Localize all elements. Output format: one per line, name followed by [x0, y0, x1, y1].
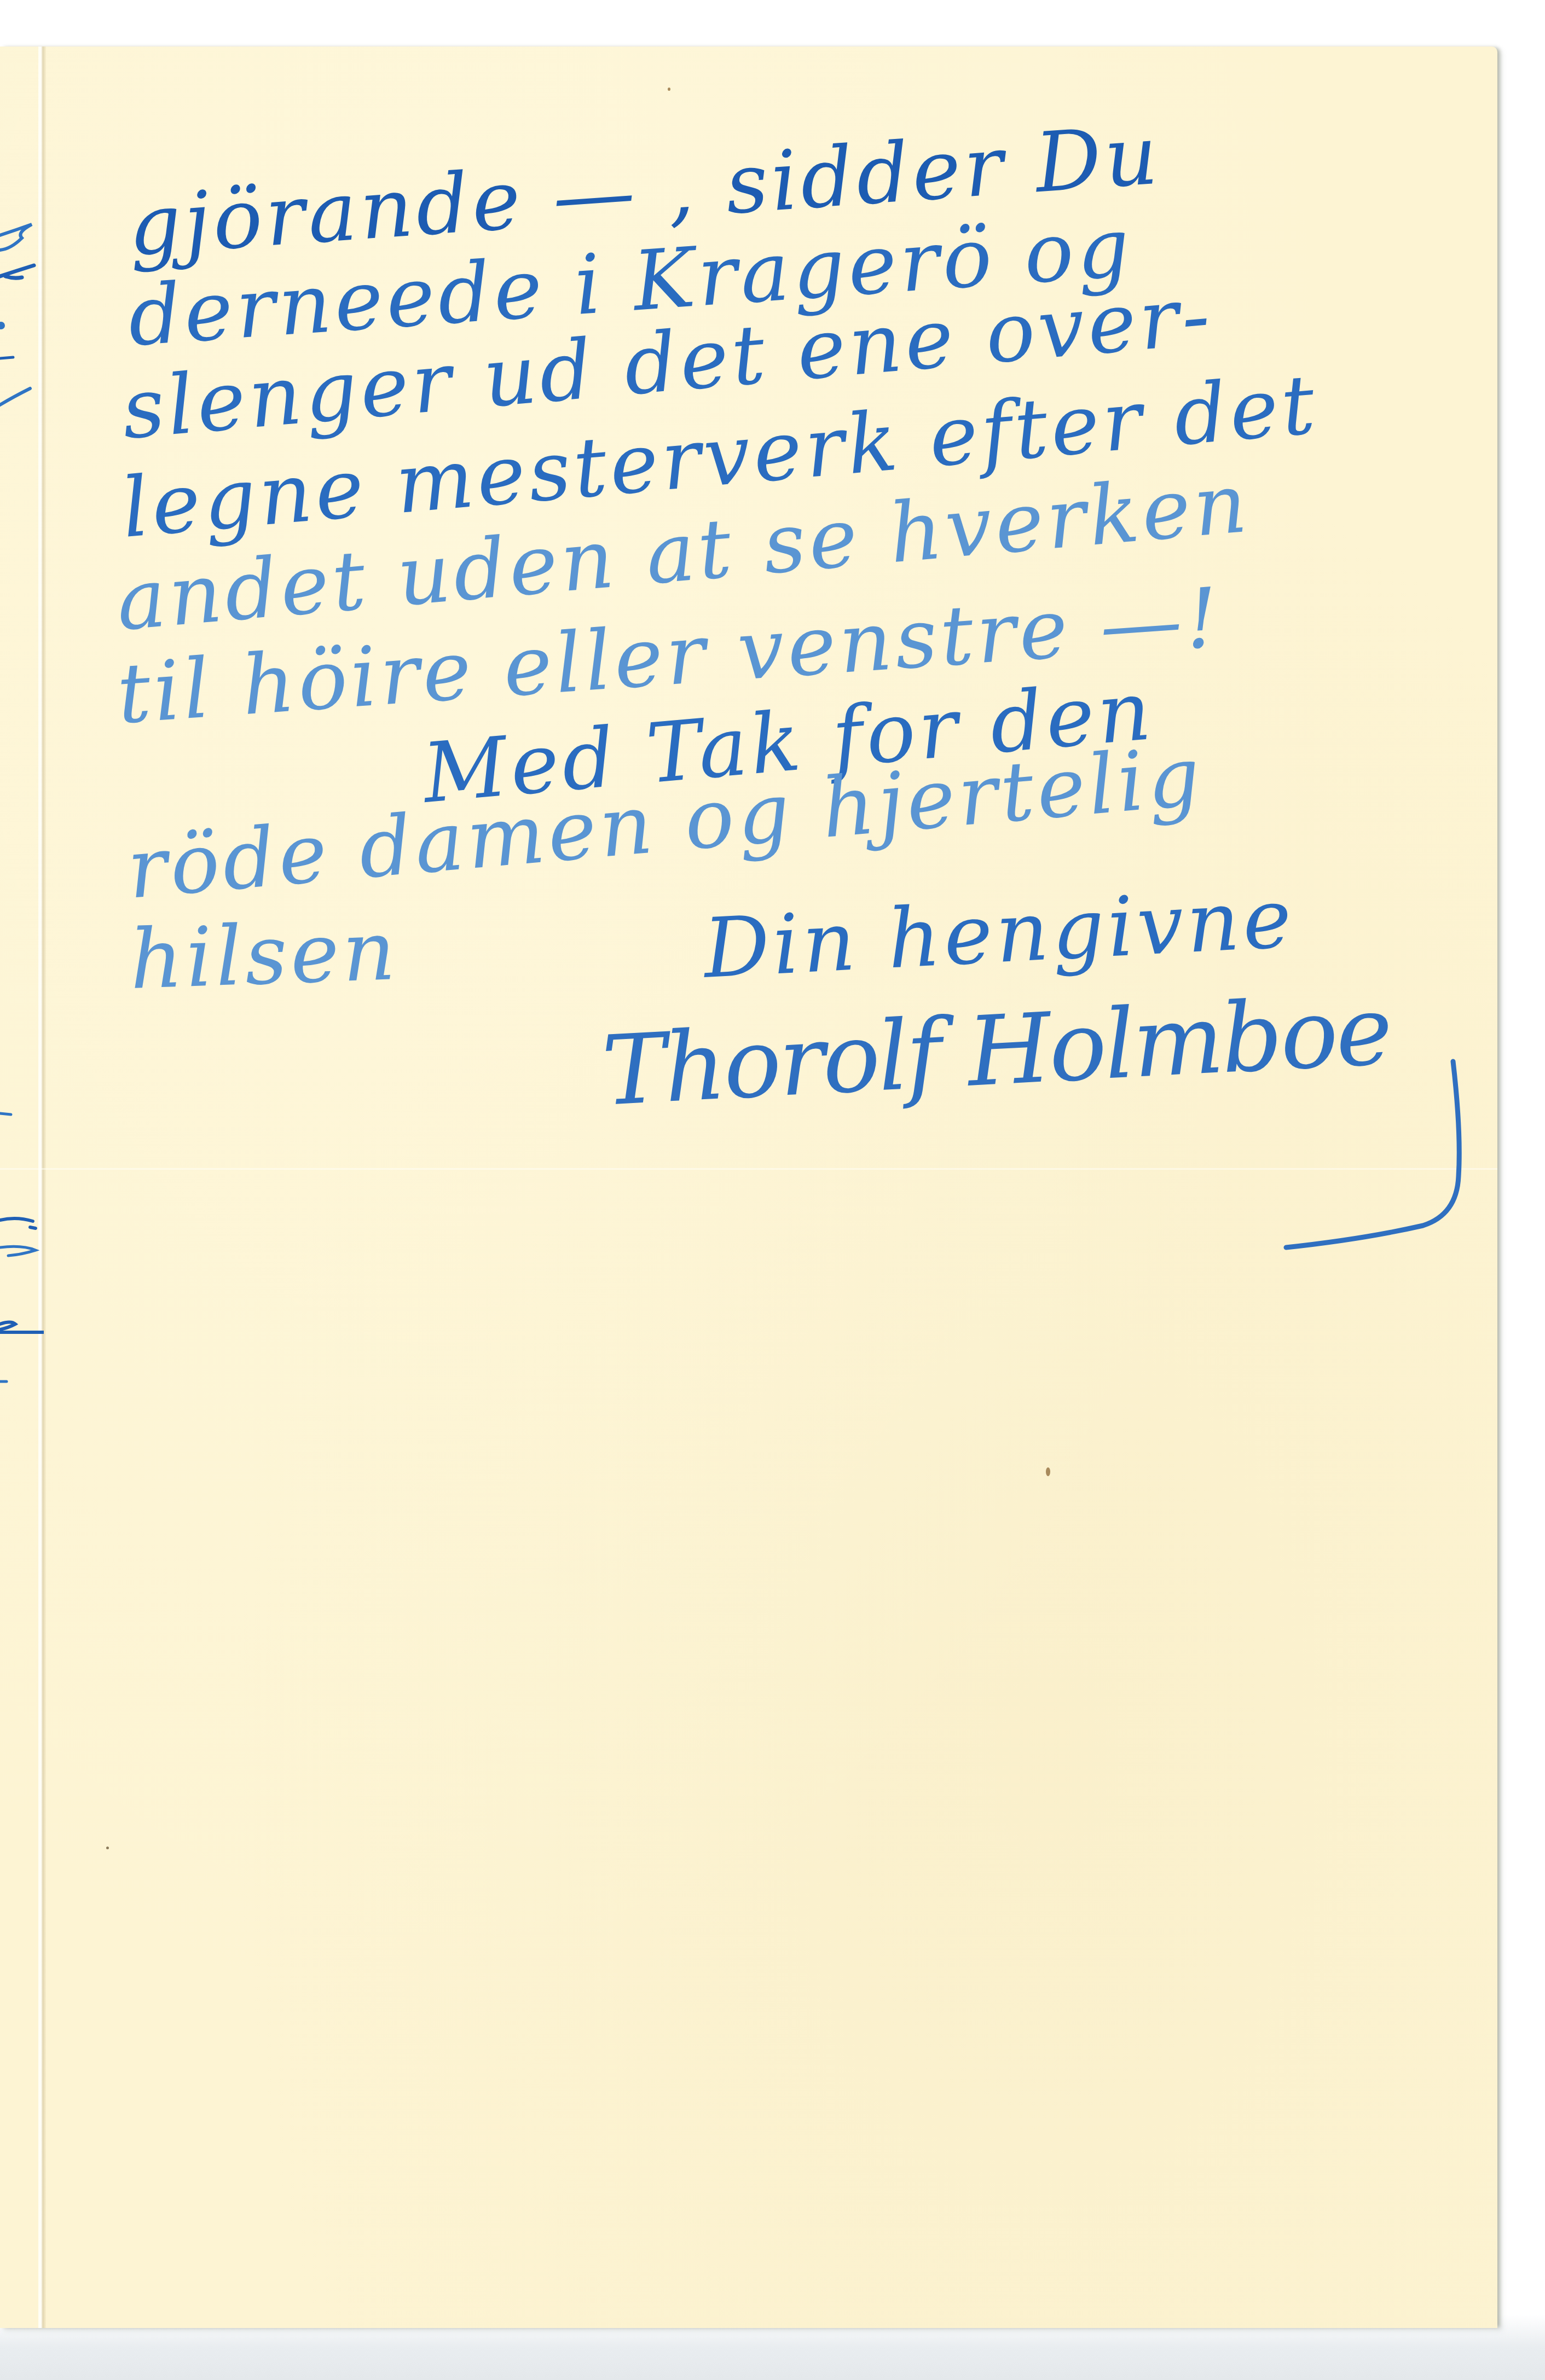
paper-speck [106, 1847, 109, 1849]
paper-speck [668, 88, 670, 91]
signature-flourish [1242, 1050, 1472, 1297]
paper-speck [1046, 1467, 1050, 1476]
facing-page-fragments [0, 47, 44, 2328]
letter-line-9: hilsen [129, 910, 400, 1001]
